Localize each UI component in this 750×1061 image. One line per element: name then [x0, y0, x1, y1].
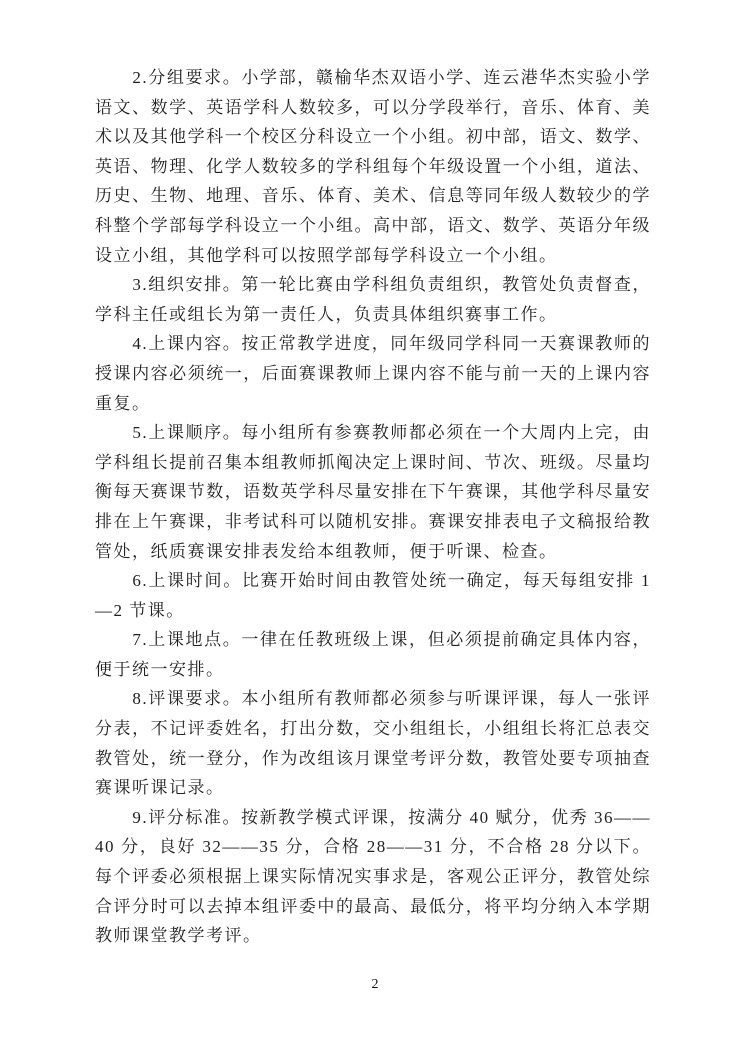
paragraph-lesson-order: 5.上课顺序。每小组所有参赛教师都必须在一个大周内上完，由学科组长提前召集本组教…: [95, 418, 651, 566]
paragraph-organization-arrangement: 3.组织安排。第一轮比赛由学科组负责组织，教管处负责督查，学科主任或组长为第一责…: [95, 270, 651, 329]
paragraph-lesson-content: 4.上课内容。按正常教学进度，同年级同学科同一天赛课教师的授课内容必须统一，后面…: [95, 329, 651, 418]
document-page: 2.分组要求。小学部，赣榆华杰双语小学、连云港华杰实验小学语文、数学、英语学科人…: [0, 0, 750, 1061]
paragraph-lesson-location: 7.上课地点。一律在任教班级上课，但必须提前确定具体内容，便于统一安排。: [95, 625, 651, 684]
paragraph-evaluation-requirements: 8.评课要求。本小组所有教师都必须参与听课评课，每人一张评分表，不记评委姓名，打…: [95, 684, 651, 802]
page-number: 2: [0, 977, 750, 993]
paragraph-scoring-standard: 9.评分标准。按新教学模式评课，按满分 40 赋分，优秀 36——40 分，良好…: [95, 803, 651, 951]
paragraph-lesson-time: 6.上课时间。比赛开始时间由教管处统一确定，每天每组安排 1—2 节课。: [95, 566, 651, 625]
paragraph-grouping-requirements: 2.分组要求。小学部，赣榆华杰双语小学、连云港华杰实验小学语文、数学、英语学科人…: [95, 63, 651, 270]
document-body: 2.分组要求。小学部，赣榆华杰双语小学、连云港华杰实验小学语文、数学、英语学科人…: [95, 63, 651, 951]
